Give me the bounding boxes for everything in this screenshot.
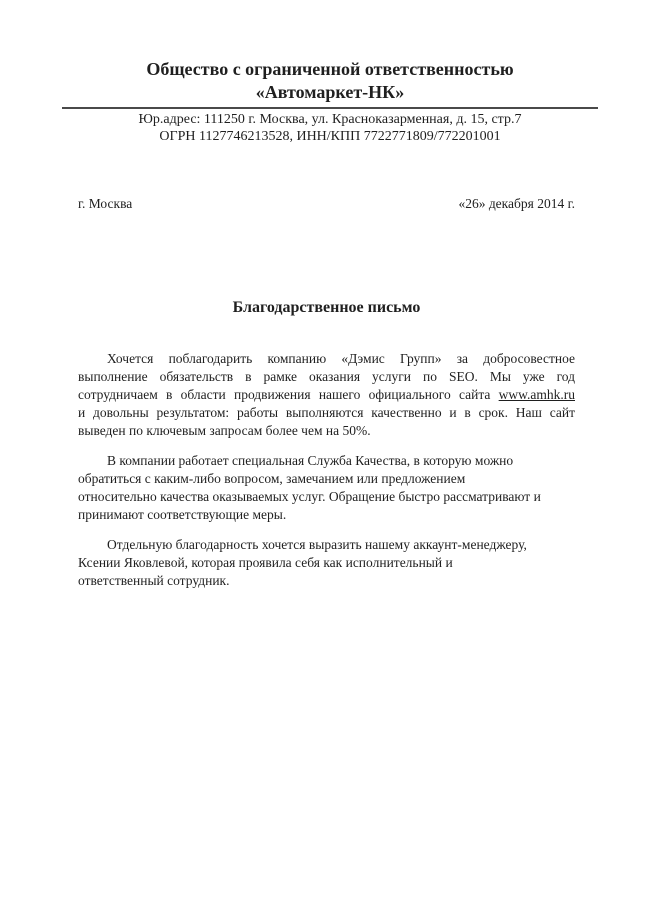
text-line: относительно качества оказываемых услуг.…: [78, 488, 575, 506]
paragraph-quality-service: В компании работает специальная Служба К…: [78, 452, 575, 524]
text-segment: сотрудничаем в области продвижения нашег…: [78, 387, 499, 402]
text-line: Ксении Яковлевой, которая проявила себя …: [78, 554, 575, 572]
paragraph-gratitude: Хочется поблагодарить компанию «Дэмис Гр…: [78, 350, 575, 440]
text-line: В компании работает специальная Служба К…: [78, 452, 575, 470]
text-line: сотрудничаем в области продвижения нашег…: [78, 386, 575, 404]
text-line: выведен по ключевым запросам более чем н…: [78, 422, 575, 440]
legal-address-line: Юр.адрес: 111250 г. Москва, ул. Краснока…: [62, 111, 598, 128]
text-line: и довольны результатом: работы выполняют…: [78, 404, 575, 422]
text-line: ответственный сотрудник.: [78, 572, 575, 590]
text-line: Отдельную благодарность хочется выразить…: [78, 536, 575, 554]
registration-line: ОГРН 1127746213528, ИНН/КПП 7722771809/7…: [62, 128, 598, 145]
city-date-row: г. Москва «26» декабря 2014 г.: [78, 195, 575, 212]
text-line: Хочется поблагодарить компанию «Дэмис Гр…: [78, 350, 575, 368]
text-line: выполнение обязательств в рамке оказания…: [78, 368, 575, 386]
date-label: «26» декабря 2014 г.: [458, 195, 575, 212]
site-link[interactable]: www.amhk.ru: [499, 387, 575, 402]
city-label: г. Москва: [78, 195, 132, 212]
letter-body: Хочется поблагодарить компанию «Дэмис Гр…: [78, 350, 575, 590]
letterhead-divider: [62, 107, 598, 109]
text-line: принимают соответствующие меры.: [78, 506, 575, 524]
org-type-line: Общество с ограниченной ответственностью: [62, 58, 598, 81]
document-page: Общество с ограниченной ответственностью…: [0, 0, 650, 911]
letter-title: Благодарственное письмо: [78, 299, 575, 317]
letterhead: Общество с ограниченной ответственностью…: [62, 58, 598, 145]
text-line: обратиться с каким-либо вопросом, замеча…: [78, 470, 575, 488]
org-name-line: «Автомаркет-НК»: [62, 81, 598, 104]
paragraph-manager-thanks: Отдельную благодарность хочется выразить…: [78, 536, 575, 590]
